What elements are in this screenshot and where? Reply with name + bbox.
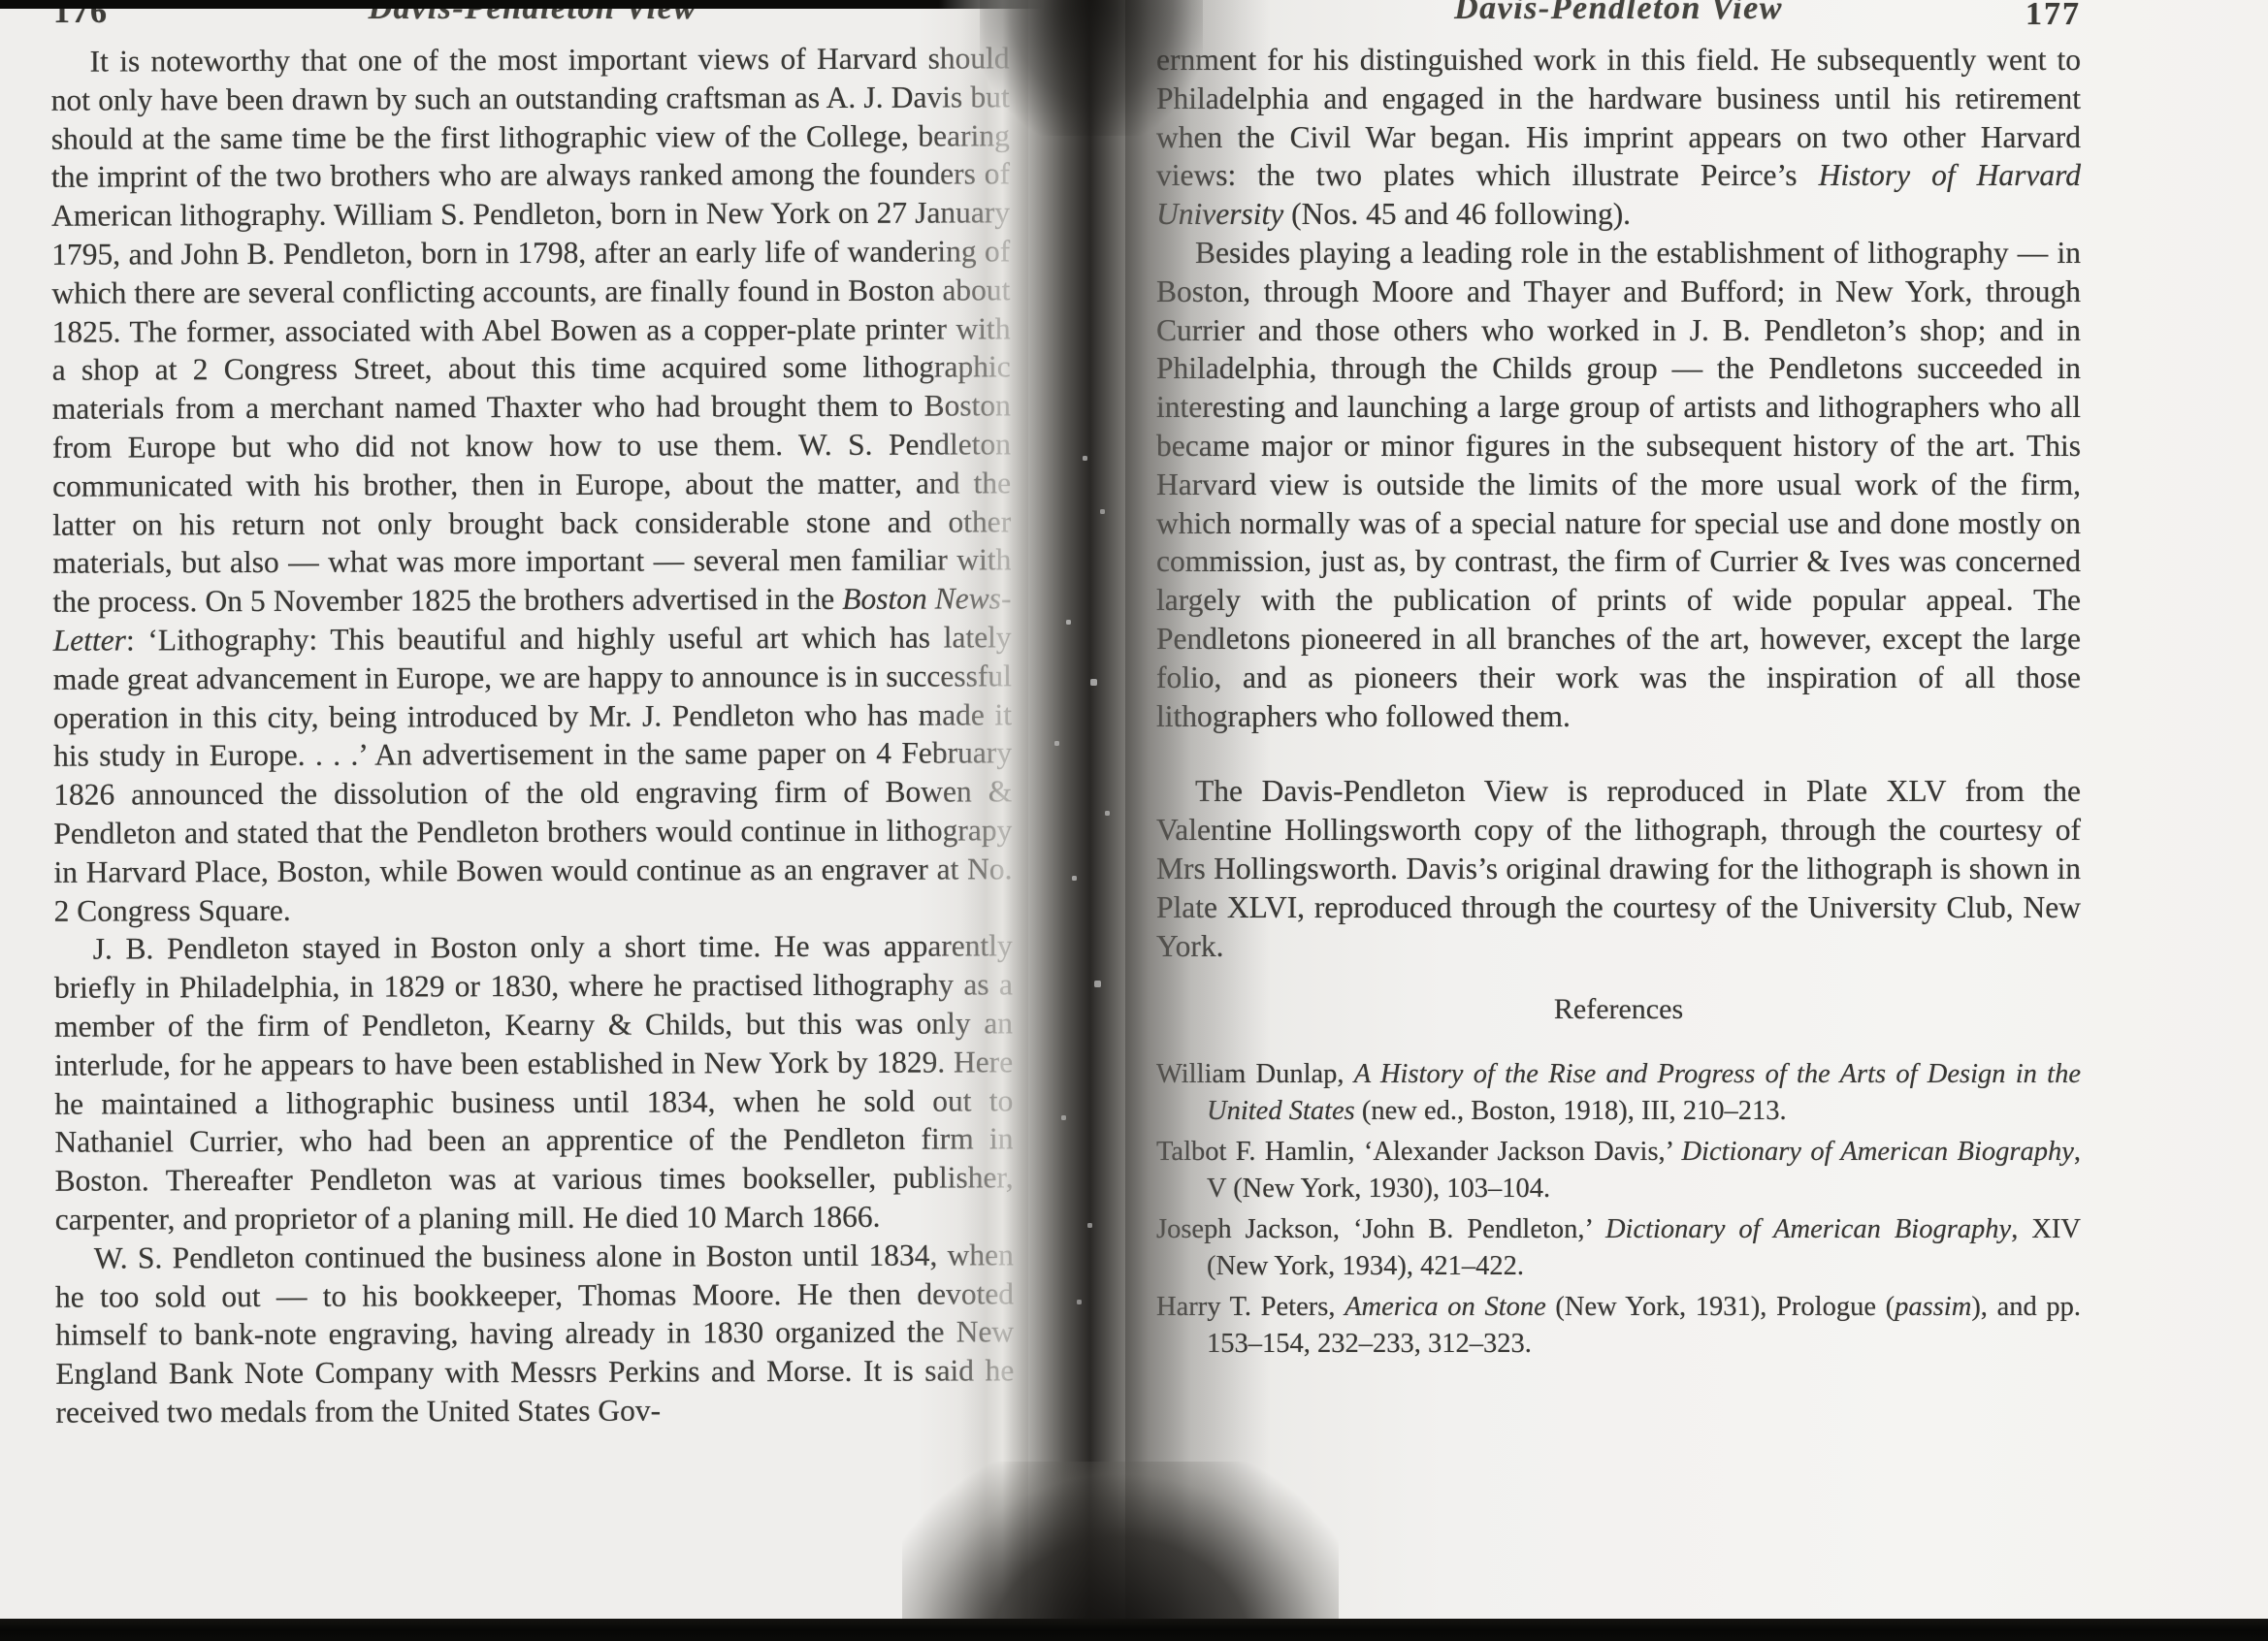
left-page-text-column: It is noteworthy that one of the most im… bbox=[51, 39, 1015, 1432]
scan-edge-bottom bbox=[0, 1619, 2268, 1641]
references-heading: References bbox=[1156, 990, 2081, 1029]
paragraph: The Davis-Pendleton View is reproduced i… bbox=[1156, 772, 2081, 965]
reference-entry: Joseph Jackson, ‘John B. Pendleton,’ Dic… bbox=[1156, 1211, 2081, 1285]
reference-entry: Talbot F. Hamlin, ‘Alexander Jackson Dav… bbox=[1156, 1134, 2081, 1207]
paragraph: It is noteworthy that one of the most im… bbox=[51, 39, 1013, 930]
right-page-number: 177 bbox=[1156, 0, 2081, 33]
paragraph: ernment for his distinguished work in th… bbox=[1156, 41, 2081, 234]
scan-edge-top bbox=[0, 0, 1043, 9]
reference-entry: Harry T. Peters, America on Stone (New Y… bbox=[1156, 1289, 2081, 1363]
reference-entry: William Dunlap, A History of the Rise an… bbox=[1156, 1056, 2081, 1130]
paragraph: Besides playing a leading role in the es… bbox=[1156, 234, 2081, 735]
right-page-text-column: ernment for his distinguished work in th… bbox=[1156, 41, 2081, 1367]
paragraph: W. S. Pendleton continued the business a… bbox=[55, 1236, 1015, 1432]
references-list: William Dunlap, A History of the Rise an… bbox=[1156, 1056, 2081, 1363]
paragraph: J. B. Pendleton stayed in Boston only a … bbox=[54, 927, 1014, 1239]
book-scan-surface: 176 Davis-Pendleton View Davis-Pendleton… bbox=[0, 0, 2268, 1641]
